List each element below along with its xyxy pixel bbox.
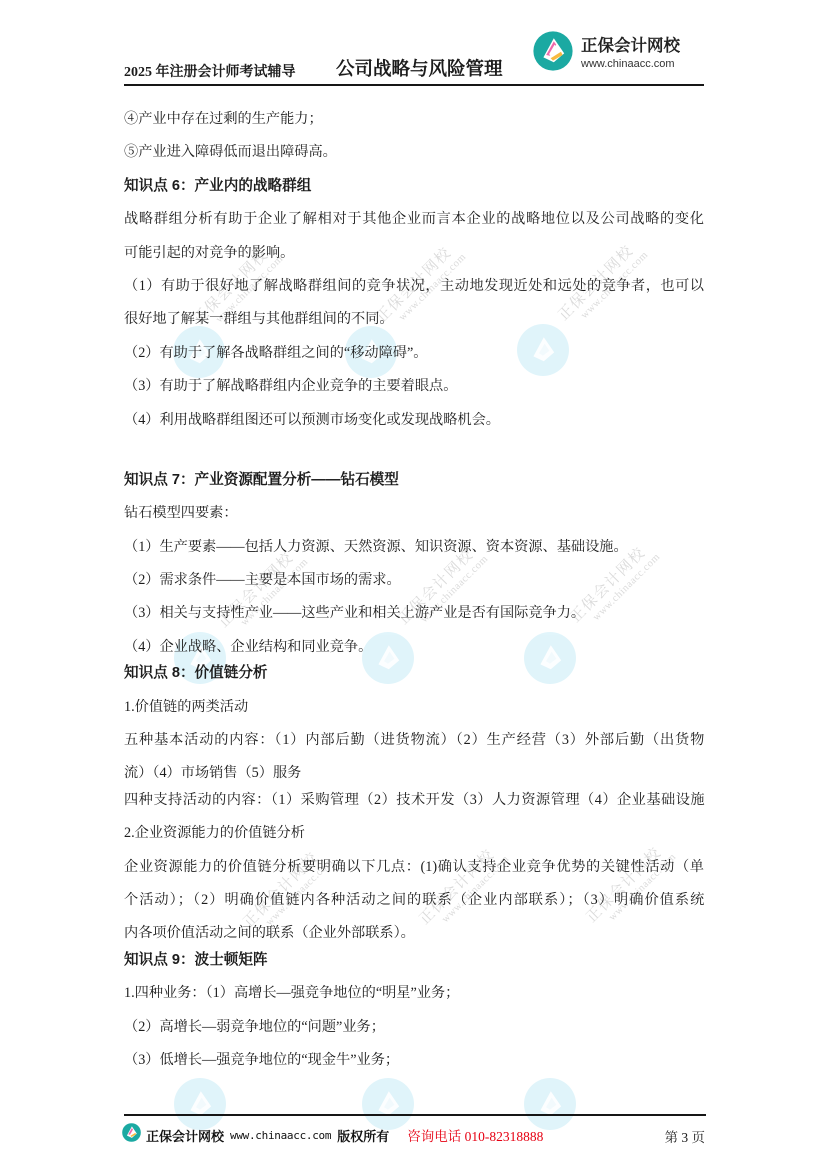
text-line: ⑤产业进入障碍低而退出障碍高。 xyxy=(124,136,704,169)
text-line: （3）有助于了解战略群组内企业竞争的主要着眼点。 xyxy=(124,370,704,403)
brand-logo-icon xyxy=(533,31,573,76)
text-line: （4）利用战略群组图还可以预测市场变化或发现战略机会。 xyxy=(124,404,704,437)
text-line: （2）需求条件——主要是本国市场的需求。 xyxy=(124,564,704,597)
footer-url: www.chinaacc.com xyxy=(230,1129,331,1142)
heading-line: 知识点 8：价值链分析 xyxy=(124,657,704,690)
text-line: （1）生产要素——包括人力资源、天然资源、知识资源、资本资源、基础设施。 xyxy=(124,531,704,564)
heading-line: 知识点 6：产业内的战略群组 xyxy=(124,170,704,203)
text-line: 战略群组分析有助于企业了解相对于其他企业而言本企业的战略地位以及公司战略的变化 xyxy=(124,203,704,236)
text-line: 企业资源能力的价值链分析要明确以下几点：(1)确认支持企业竞争优势的关键性活动（… xyxy=(124,851,704,884)
header-rule xyxy=(124,84,704,86)
footer-phone-number: 010-82318888 xyxy=(465,1129,544,1144)
text-line: 1.四种业务：（1）高增长—强竞争地位的“明星”业务； xyxy=(124,977,704,1010)
text-line: （3）低增长—强竞争地位的“现金牛”业务； xyxy=(124,1044,704,1077)
footer-brand: 正保会计网校 xyxy=(146,1126,224,1145)
document-body: ④产业中存在过剩的生产能力；⑤产业进入障碍低而退出障碍高。知识点 6：产业内的战… xyxy=(124,103,704,1077)
text-line: 2.企业资源能力的价值链分析 xyxy=(124,817,704,850)
footer-logo-icon xyxy=(122,1123,141,1147)
text-line: 五种基本活动的内容：（1）内部后勤（进货物流）（2）生产经营（3）外部后勤（出货… xyxy=(124,724,704,757)
text-line: （2）高增长—弱竞争地位的“问题”业务； xyxy=(124,1011,704,1044)
heading-line: 知识点 7：产业资源配置分析——钻石模型 xyxy=(124,464,704,497)
brand-name: 正保会计网校 xyxy=(581,37,680,55)
text-line: 四种支持活动的内容：（1）采购管理（2）技术开发（3）人力资源管理（4）企业基础… xyxy=(124,784,704,817)
text-line: （3）相关与支持性产业——这些产业和相关上游产业是否有国际竞争力。 xyxy=(124,597,704,630)
brand-logo: 正保会计网校 www.chinaacc.com xyxy=(533,31,680,76)
text-line: 钻石模型四要素： xyxy=(124,497,704,530)
text-line: 1.价值链的两类活动 xyxy=(124,691,704,724)
header-subject-title: 公司战略与风险管理 xyxy=(336,55,503,81)
text-line: 很好地了解某一群组与其他群组间的不同。 xyxy=(124,303,704,336)
brand-url: www.chinaacc.com xyxy=(581,58,680,70)
page-number: 第 3 页 xyxy=(665,1126,706,1146)
footer-phone-label: 咨询电话 xyxy=(407,1129,461,1144)
text-line: ④产业中存在过剩的生产能力； xyxy=(124,103,704,136)
brand-text: 正保会计网校 www.chinaacc.com xyxy=(581,37,680,69)
footer-phone: 咨询电话 010-82318888 xyxy=(407,1125,543,1145)
text-line: （1）有助于很好地了解战略群组间的竞争状况，主动地发现近处和远处的竞争者，也可以 xyxy=(124,270,704,303)
text-line: （2）有助于了解各战略群组之间的“移动障碍”。 xyxy=(124,337,704,370)
text-line: 可能引起的对竞争的影响。 xyxy=(124,237,704,270)
footer-copyright: 版权所有 xyxy=(337,1126,389,1145)
document-page: 正保会计网校www.chinaacc.com正保会计网校www.chinaacc… xyxy=(0,0,827,1170)
text-line: 个活动）；（2）明确价值链内各种活动之间的联系（企业内部联系）；（3）明确价值系… xyxy=(124,884,704,917)
footer: 正保会计网校 www.chinaacc.com 版权所有 咨询电话 010-82… xyxy=(122,1122,543,1148)
header-course-title: 2025 年注册会计师考试辅导 xyxy=(124,61,296,81)
footer-rule xyxy=(124,1114,706,1116)
